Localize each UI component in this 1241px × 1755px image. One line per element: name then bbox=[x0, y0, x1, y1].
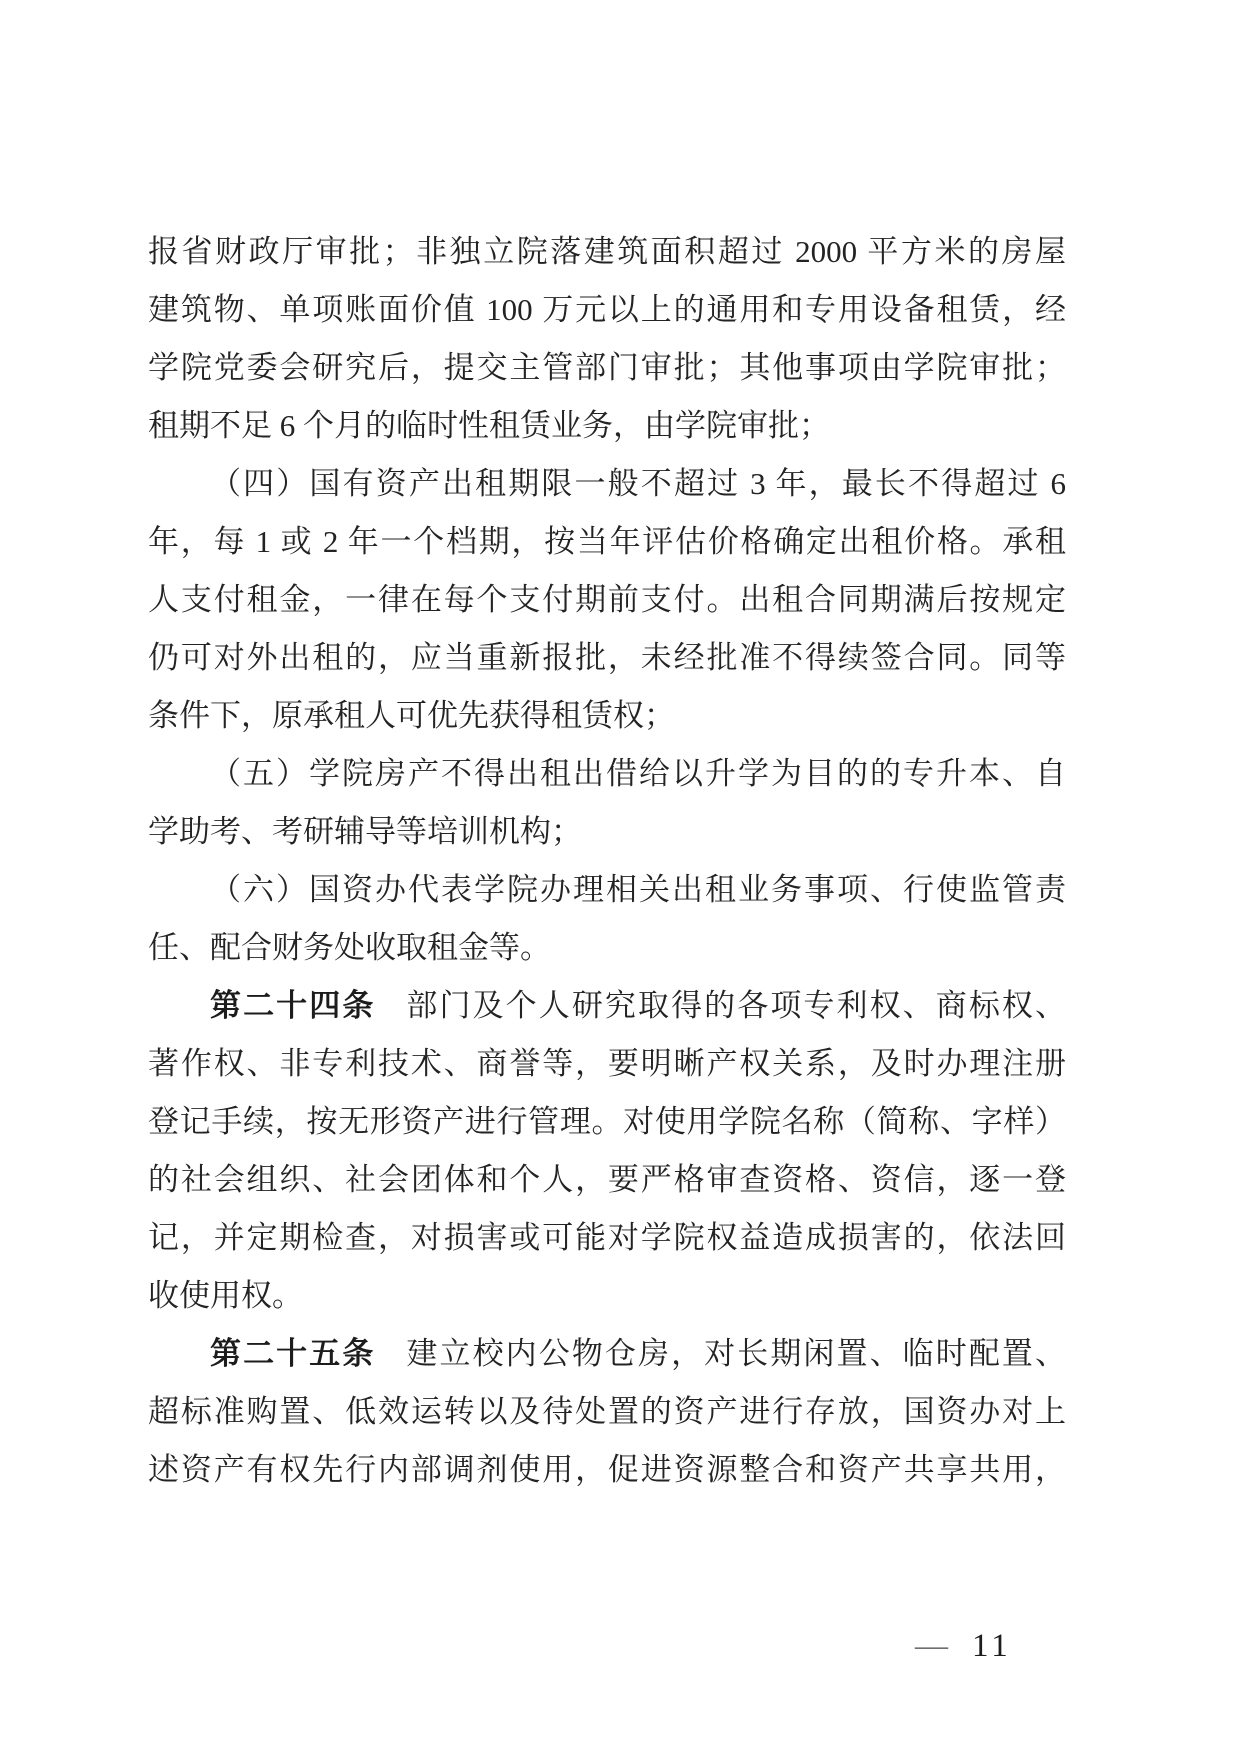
line-text: （四）国有资产出租期限一般不超过 3 年，最长不得超过 6 bbox=[210, 466, 1066, 501]
page-footer: —11 bbox=[915, 1626, 1012, 1666]
text-line: 收使用权。 bbox=[148, 1267, 1066, 1325]
line-text: 学助考、考研辅导等培训机构； bbox=[148, 814, 582, 849]
line-text: 租期不足 6 个月的临时性租赁业务，由学院审批； bbox=[148, 408, 830, 443]
document-page: 报省财政厅审批；非独立院落建筑面积超过 2000 平方米的房屋 建筑物、单项账面… bbox=[0, 0, 1241, 1755]
line-text: 记，并定期检查，对损害或可能对学院权益造成损害的，依法回 bbox=[148, 1220, 1066, 1255]
text-line: 著作权、非专利技术、商誉等，要明晰产权关系，及时办理注册 bbox=[148, 1035, 1066, 1093]
text-line: 记，并定期检查，对损害或可能对学院权益造成损害的，依法回 bbox=[148, 1209, 1066, 1267]
line-text: 述资产有权先行内部调剂使用，促进资源整合和资产共享共用， bbox=[148, 1452, 1066, 1487]
text-line: （六）国资办代表学院办理相关出租业务事项、行使监管责 bbox=[148, 861, 1066, 919]
page-number-dash: — bbox=[915, 1628, 948, 1664]
line-text: 超标准购置、低效运转以及待处置的资产进行存放，国资办对上 bbox=[148, 1394, 1066, 1429]
text-line: 租期不足 6 个月的临时性租赁业务，由学院审批； bbox=[148, 397, 1066, 455]
text-line: 人支付租金，一律在每个支付期前支付。出租合同期满后按规定 bbox=[148, 571, 1066, 629]
text-line: 条件下，原承租人可优先获得租赁权； bbox=[148, 687, 1066, 745]
line-text: 人支付租金，一律在每个支付期前支付。出租合同期满后按规定 bbox=[148, 582, 1066, 617]
text-line: 述资产有权先行内部调剂使用，促进资源整合和资产共享共用， bbox=[148, 1441, 1066, 1499]
line-text: 学院党委会研究后，提交主管部门审批；其他事项由学院审批； bbox=[148, 350, 1066, 385]
page-number: 11 bbox=[972, 1628, 1012, 1664]
text-line: 任、配合财务处收取租金等。 bbox=[148, 919, 1066, 977]
document-body: 报省财政厅审批；非独立院落建筑面积超过 2000 平方米的房屋 建筑物、单项账面… bbox=[148, 223, 1066, 1499]
line-text: 仍可对外出租的，应当重新报批，未经批准不得续签合同。同等 bbox=[148, 640, 1066, 675]
text-line: 第二十四条部门及个人研究取得的各项专利权、商标权、 bbox=[148, 977, 1066, 1035]
article-heading: 第二十四条 bbox=[210, 988, 375, 1023]
line-text: 条件下，原承租人可优先获得租赁权； bbox=[148, 698, 675, 733]
line-text: 收使用权。 bbox=[148, 1278, 303, 1313]
text-line: 学院党委会研究后，提交主管部门审批；其他事项由学院审批； bbox=[148, 339, 1066, 397]
text-line: （四）国有资产出租期限一般不超过 3 年，最长不得超过 6 bbox=[148, 455, 1066, 513]
line-text: （六）国资办代表学院办理相关出租业务事项、行使监管责 bbox=[210, 872, 1066, 907]
text-line: 年，每 1 或 2 年一个档期，按当年评估价格确定出租价格。承租 bbox=[148, 513, 1066, 571]
line-text: 登记手续，按无形资产进行管理。对使用学院名称（简称、字样） bbox=[148, 1104, 1066, 1139]
text-line: 仍可对外出租的，应当重新报批，未经批准不得续签合同。同等 bbox=[148, 629, 1066, 687]
text-line: 第二十五条建立校内公物仓房，对长期闲置、临时配置、 bbox=[148, 1325, 1066, 1383]
line-text: 建筑物、单项账面价值 100 万元以上的通用和专用设备租赁，经 bbox=[148, 292, 1066, 327]
line-text: （五）学院房产不得出租出借给以升学为目的的专升本、自 bbox=[210, 756, 1066, 791]
line-text: 报省财政厅审批；非独立院落建筑面积超过 2000 平方米的房屋 bbox=[148, 234, 1066, 269]
text-line: 的社会组织、社会团体和个人，要严格审查资格、资信，逐一登 bbox=[148, 1151, 1066, 1209]
line-text: 的社会组织、社会团体和个人，要严格审查资格、资信，逐一登 bbox=[148, 1162, 1066, 1197]
line-text: 著作权、非专利技术、商誉等，要明晰产权关系，及时办理注册 bbox=[148, 1046, 1066, 1081]
line-text: 年，每 1 或 2 年一个档期，按当年评估价格确定出租价格。承租 bbox=[148, 524, 1066, 559]
line-text: 任、配合财务处收取租金等。 bbox=[148, 930, 551, 965]
text-line: 学助考、考研辅导等培训机构； bbox=[148, 803, 1066, 861]
text-line: 超标准购置、低效运转以及待处置的资产进行存放，国资办对上 bbox=[148, 1383, 1066, 1441]
text-line: （五）学院房产不得出租出借给以升学为目的的专升本、自 bbox=[148, 745, 1066, 803]
text-line: 建筑物、单项账面价值 100 万元以上的通用和专用设备租赁，经 bbox=[148, 281, 1066, 339]
article-heading: 第二十五条 bbox=[210, 1336, 375, 1371]
line-text: 部门及个人研究取得的各项专利权、商标权、 bbox=[406, 988, 1066, 1023]
line-text: 建立校内公物仓房，对长期闲置、临时配置、 bbox=[406, 1336, 1066, 1371]
text-line: 登记手续，按无形资产进行管理。对使用学院名称（简称、字样） bbox=[148, 1093, 1066, 1151]
text-line: 报省财政厅审批；非独立院落建筑面积超过 2000 平方米的房屋 bbox=[148, 223, 1066, 281]
